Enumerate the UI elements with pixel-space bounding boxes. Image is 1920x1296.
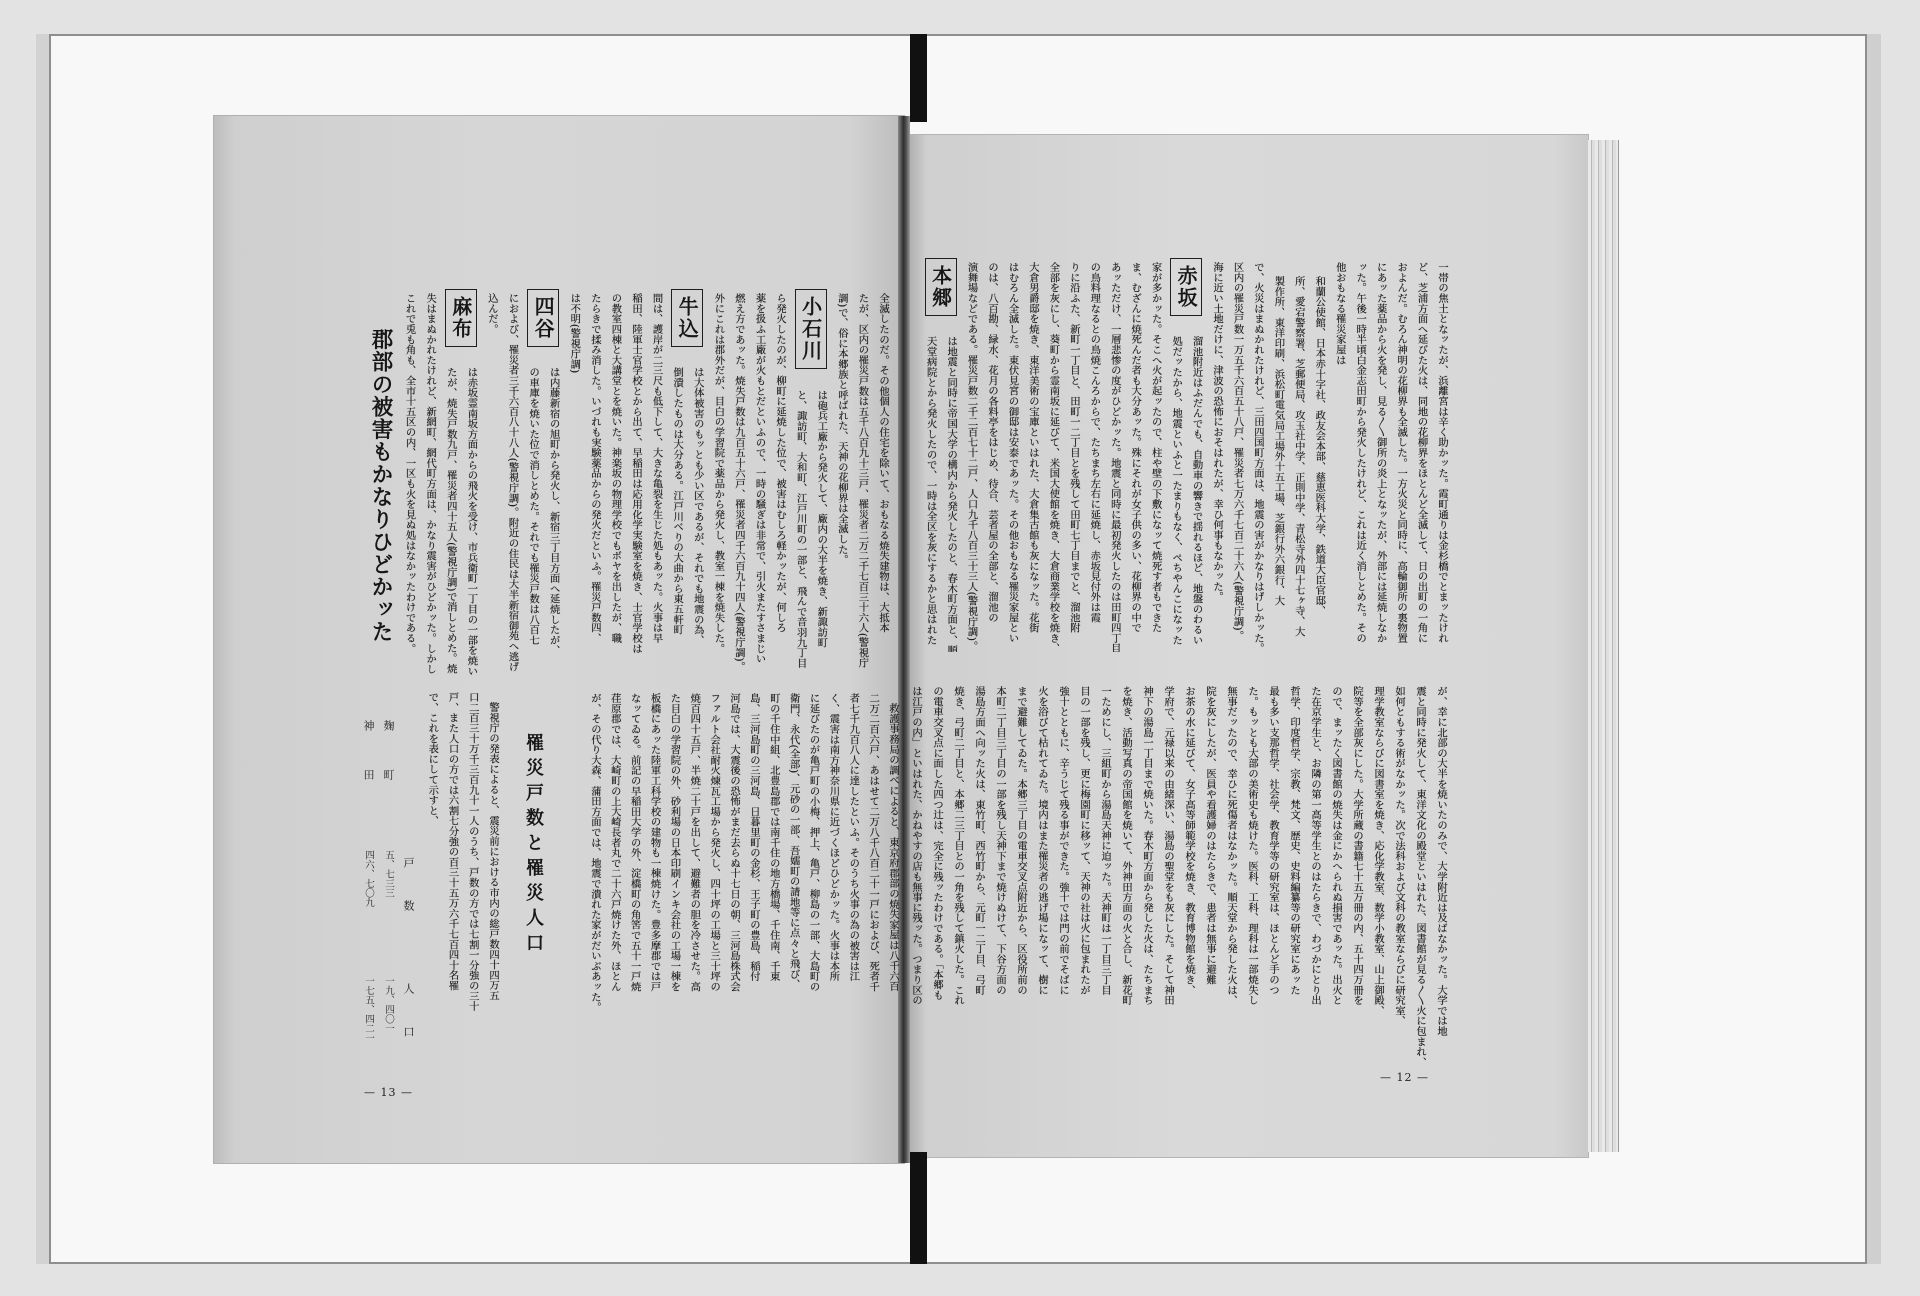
binding-tape [910,34,927,122]
text-column: ファルト会社耐火煉瓦工場から発火し、四十坪の工場と三十坪の [703,693,723,1075]
list-column: 所、愛宕警察署、芝郵便局、攻玉社中学、正則中学、青松寺外四十七ヶ寺、大 [1288,262,1308,652]
section-group: 四谷は内藤新宿の旭町から発火し、新宿三丁目方面へ延焼したが、の車庫を焼いた位で消… [523,293,564,680]
text-column: は大体被害のもッとも少い区であるが、それでも地震の為、 [687,367,708,680]
text-column: 目の一部を残し、更に梅園町に移ッて、天神の社は火に包まれたが [1073,686,1094,1061]
table-row: 麹町 五、七三三 一九、四〇一 [378,700,398,1070]
text-column: 全部を灰にし、葵町から霊南坂に延びて、米国大使館を焼き、大倉商業学校を焼き、 [1043,262,1063,652]
row-ward: 麹町 [378,720,398,818]
text-column: あッただけ、一層悲惨の度がひどかッた。地震と同時に最初発火したのは田町四丁目 [1104,262,1124,652]
section-lead-lines: は内藤新宿の旭町から発火し、新宿三丁目方面へ延焼したが、の車庫を焼いた位で消しと… [523,293,564,680]
text-column: 焼き、弓町二丁目と、本郷二三丁目との一角を残して鎮火した。これ [947,686,968,1061]
text-column: たらきで揉み消した。いづれも実験薬品からの発火だといふ。罹災戸数四、 [584,293,605,680]
section-lead-lines: は大体被害のもッとも少い区であるが、それでも地震の為、倒潰したものは大分ある。江… [667,293,708,680]
text-column: 救護事務局の調べによると、東京府郡部の焼失家屋は八千六百 [882,693,902,1075]
left-page-upper-text: 全滅したのだ。その他個人の住宅を除いて、おもなる焼失建物は、大抵本たが、区内の罹… [399,293,893,680]
text-column: 区内の罹災戸数一万五千六百五十八戸、罹災者七万六千七百二十六人(警視庁調)。 [1227,262,1247,652]
list-column: 製作所、東洋印刷、浜松町電気局工場外十五工場、芝銀行外六銀行、大 [1268,262,1288,652]
page-stack-edges [1588,140,1618,1152]
table-header-column: 戸数 人口 [398,700,418,1070]
list-column: 和蘭公使館、日本赤十字社、政友会本部、慈恵医科大学、鉄道大臣官邸、 [1309,262,1329,652]
text-column: 本町二丁目三丁目の一部を残し天神下まで焼けぬけて、下谷方面の [989,686,1010,1061]
text-column: 一ためにし、三組町から湯島天神に迫ッた。天神町は一丁目三丁目 [1094,686,1115,1061]
section-lead-lines: は赤坂霊南坂方面からの飛火を受け、市兵衛町一丁目の一部を焼いたが、焼失戸数九戸、… [440,293,481,680]
section-lead-lines: は地震と同時に帝国大学の構内から発火したのと、春木町方面と、順天堂病院とから発火… [920,262,961,652]
section-heading-box: 四谷 [527,289,559,347]
text-column: たが、焼失戸数九戸、罹災者四十五人(警視庁調)で消しとめた。焼 [440,367,461,680]
text-column: 警視庁の発表によると、震災前における市内の総戸数四十四万五 [483,692,503,1072]
text-column: 他おもなる罹災家屋は [1329,262,1349,652]
text-column: 如何ともする術がなかッた。次で法科および文科の教室ならびに研究室、 [1388,686,1409,1061]
text-column: 間は、護岸が二三尺も低下して、大きな亀裂を生じた処もあッた。火事は早 [646,293,667,680]
text-column: 海に近い土地だけに、津波の恐怖におそはれたが、幸ひ何事もなかッた。 [1207,262,1227,652]
text-column: た目白の学習院の外、砂利場の日本印刷インキ会社の工場一棟を [664,693,684,1075]
text-column: 口二百三十万千三百九十一人のうち、戸数の方では七割一分強の三十 [463,692,483,1072]
text-column: のは、八百勘、緑水、花月の各料亭をはじめ、待合、芸者屋の全部と、溜池の [982,262,1002,652]
text-column: 荏原郡では、大崎町の上大崎長者丸で二十六戸焼けた外、ほとん [604,693,624,1075]
text-column: これで兎も角も、全市十五区の内、一区も火を見ぬ処はなかッたわけである。 [399,293,420,680]
row-ward: 神田 [358,720,378,818]
text-column: 最も多い支那哲学、社会学、教育学等の研究室は、ほとんど手のつ [1262,686,1283,1061]
text-column: く、震害は南方神奈川県に近づくほどひどかッた。火事は本所 [823,693,843,1075]
text-column: 戸、また人口の方では六割七分強の百三十五万六千七百四十名罹 [442,692,462,1072]
page-number: — 13 — [364,1086,413,1099]
text-column: たが、区内の罹災戸数は五千八百九十三戸、罹災者二万二千七百三十六人(警視庁 [852,293,873,680]
text-column: た在京学生と、お隣の第一高等学生とのはたらきで、わづかにとり出 [1304,686,1325,1061]
text-column: 稲田、陸軍士官学校とから出て、早稲田は応用化学実験室を焼き、士官学校は [625,293,646,680]
text-column: お茶の水に延びて、女子高等師範学校を焼き、教育博物館を焼き、 [1178,686,1199,1061]
row-households: 四六、七〇九 [358,850,378,907]
text-column: 学府で、元禄以来の由緒深い、湯島の聖堂をも灰にした。そして神田 [1157,686,1178,1061]
text-column: 全滅したのだ。その他個人の住宅を除いて、おもなる焼失建物は、大抵本 [872,293,893,680]
right-page-lower-text: が、幸に北部の大半を焼いたのみで、大学附近は及ばなかッた。大学では地震と同時に発… [905,686,1451,1061]
text-column: 島、三河島町の三河島、日暮里町の金杉、王子町の豊島、稲付 [743,693,763,1075]
header-households: 戸数 [398,857,418,943]
text-column: 衛門、永代(全部)、元砂の一部、吾嬬町の請地等に点々と飛び、 [783,693,803,1075]
text-column: 湯島方面へ向ッた火は、東竹町、西竹町から、元町一二丁目、弓町 [968,686,989,1061]
section-group: 本郷は地震と同時に帝国大学の構内から発火したのと、春木町方面と、順天堂病院とから… [920,262,961,652]
text-column: 無事だッたので、幸ひに死傷者はなかッた。順天堂から発した火は、 [1220,686,1241,1061]
table-row: 神田 四六、七〇九 一七五、四二一 [358,700,378,1070]
text-column: なッてゐる。前記の早稲田大学の外、淀橋町の角筈で五十一戸焼 [624,693,644,1075]
text-column: 一帯の焦土となッたが、浜離宮は辛く助かッた。霞町通りは金杉橋でとまッたけれ [1432,262,1452,652]
row-households: 五、七三三 [378,850,398,898]
text-column: ッた。午後一時半頃白金志田町から発火したけれど、これは近く消しとめた。その [1350,262,1370,652]
row-population: 一九、四〇一 [378,976,398,1033]
casualty-table: 戸数 人口 麹町 五、七三三 一九、四〇一 神田 四六、七〇九 一七五、四二一 [358,700,418,1070]
section-group: 小石川は砲兵工廠から発火して、廠内の大半を焼き、新諏訪町と、諏訪町、大和町、江戸… [790,293,831,680]
section-heading-box: 小石川 [795,289,827,369]
text-column: 込んだ。 [481,293,502,680]
text-column: 河島では、大震後の恐怖がまだ去らぬ十七日の朝、三河島株式会 [723,693,743,1075]
text-column: 理学教室ならびに図書室を焼き、応化学教室、数学小教室、山上御殿、 [1367,686,1388,1061]
text-column: は内藤新宿の旭町から発火し、新宿三丁目方面へ延焼したが、 [543,367,564,680]
text-column: は江戸の内」といはれた、かねやすの店も無事に残ッた。つまり区の [905,686,926,1061]
section-group: 赤坂溜池附近はふだんでも、自動車の響きで揺れるほど、地盤のわるい処だッたから、地… [1166,262,1207,652]
text-column: 家が多かッた。そこへ火が起ッたので、柱や壁の下敷になッて焼死す者もできた [1145,262,1165,652]
text-column: 院等を全部灰にした。大学所蔵の書籍七十五万冊の内、五十四万冊を [1346,686,1367,1061]
text-column: と、諏訪町、大和町、江戸川町の一部と、飛んで音羽九丁目 [790,390,811,680]
section-group: 牛込は大体被害のもッとも少い区であるが、それでも地震の為、倒潰したものは大分ある… [667,293,708,680]
text-column: はむろん全滅した。東伏見宮の御邸は安泰であッた。その他おもなる罹災家屋とい [1002,262,1022,652]
text-column: 者七千九百八人に達したといふ。そのうち火事の為の被害は江 [842,693,862,1075]
section-heading-box: 本郷 [925,258,957,316]
page-number: — 12 — [1380,1071,1429,1084]
text-column: りに沿ふた、新町一丁目と、田町一二丁目とを残して田町七丁目までと、溜池附 [1063,262,1083,652]
section-heading-box: 牛込 [671,289,703,347]
text-column: 大倉男爵邸を焼き、東洋美術の宝庫といはれた、大倉集古館も灰になッた。花街 [1022,262,1042,652]
text-column: にあッた薬品から火を発し、見る〳〵御所の炎上となッたが、外部には延焼しなか [1370,262,1390,652]
scan-border-shade [1865,34,1881,1264]
text-column: ま、むざんに焼死んだ者も大分あッた。殊にそれが女子供の多い、花柳界の中で [1125,262,1145,652]
text-column: 倒潰したものは大分ある。江戸川べりの大曲から東五軒町 [667,367,688,680]
text-column: におよび、罹災者三千六百八十八人(警視庁調)。附近の住民は大半新宿御苑へ逃げ [502,293,523,680]
text-column: 火を浴びて枯れてゐた。境内はまた罹災者の逃げ場になッて、樹に [1031,686,1052,1061]
right-page-upper-text: 一帯の焦土となッたが、浜離宮は辛く助かッた。霞町通りは金杉橋でとまッたけれど、芝… [920,262,1452,652]
section-title: 郡部の被害もかなりひどかッた [366,328,394,643]
text-column: の電車交叉点に面した四つ辻は、完全に残ッたわけである。「本郷も [926,686,947,1061]
text-column: 天堂病院とから発火したので、一時は全区を灰にするかと思はれた [920,336,940,652]
text-column: 哲学、印度哲学、宗教、梵文、歴史、史料編纂等の研究室にあッた [1283,686,1304,1061]
text-column: 町の千住中組、北豊島郡では南千住の地方橋場、千住南、千東 [763,693,783,1075]
binding-tape [910,1152,927,1264]
text-column: 演舞場などである。罹災戸数二千二百七十二戸、人口九千八百三十三人(警視庁調)。 [961,262,981,652]
text-column: が、その代り大森、蒲田方面では、地震で潰れた家がだいぶあッた。 [584,693,604,1075]
scan-border-shade [36,34,49,1264]
section-heading-box: 麻布 [445,289,477,347]
text-column: 溜池附近はふだんでも、自動車の響きで揺れるほど、地盤のわるい [1186,336,1206,652]
text-column: 燃え方であッた。焼失戸数は九百五十六戸、罹災者四千六百九十四人(警視庁調)。 [728,293,749,680]
text-column: は砲兵工廠から発火して、廠内の大半を焼き、新諏訪町 [811,390,832,680]
header-population: 人口 [398,983,418,1069]
text-column: 処だッたから、地震といふと一たまりもなく、ぺちやんこになッた [1166,336,1186,652]
text-column: に延びたのが亀戸町の小梅、押上、亀戸、柳島の一部、大島町の [803,693,823,1075]
text-column: 板橋にあッた陸軍工科学校の建物も一棟焼けた。豊多摩郡では戸 [644,693,664,1075]
text-column: の鳥料理なるとの鳥焼こんろからで、たちまち左右に延焼し、赤坂見付外は霞 [1084,262,1104,652]
text-column: 神下の湯島一丁目まで焼いた。春木町方面から発した火は、たちまち [1136,686,1157,1061]
text-column: 院を灰にしたが、医員や看護婦のはたらきで、患者は無事に避難 [1199,686,1220,1061]
text-column: 外にこれは郡外だが、目白の学習院で薬品から発火し、教室一棟を焼失した。 [708,293,729,680]
text-column: た。もッとも大部の美術史も焼けた。医科、工科、理科は一部焼失し [1241,686,1262,1061]
text-column: が、幸に北部の大半を焼いたのみで、大学附近は及ばなかッた。大学では地 [1430,686,1451,1061]
text-column: およんだ。むろん神明の花柳界も全滅した。一方火災と同時に、高輪御所の裏物置 [1391,262,1411,652]
text-column: を焼き、活動写真の帝国館を焼いて、外神田方面の火と合し、新花町 [1115,686,1136,1061]
text-column: は赤坂霊南坂方面からの飛火を受け、市兵衛町一丁目の一部を焼い [461,367,482,680]
text-column: 二万二百六戸、あはせて二万八千八百二十一戸におよび、死者千 [862,693,882,1075]
text-column: 震と同時に発火して、東洋文化の殿堂といはれた、図書館が見る〳〵火に包まれ、 [1409,686,1430,1061]
text-column: で、これを表にして示すと、 [422,692,442,1072]
section-heading-box: 赤坂 [1170,258,1202,316]
text-column: の教室四棟と大講堂とを焼いた。神楽坂の物理学校でもボヤを出したが、職 [605,293,626,680]
text-column: は地震と同時に帝国大学の構内から発火したのと、春木町方面と、順 [941,336,961,652]
table-section-heading: 罹災戸数と罹災人口 [519,733,547,958]
text-column: 薬を扱ふ工廠が火もとだといふので、一時の騒ぎは非常で、引火またすさまじい [749,293,770,680]
text-column: 焼百四十五戸、半焼二十戸を出して、避難者の胆を冷させた。高 [683,693,703,1075]
row-population: 一七五、四二一 [358,976,378,1043]
text-column: 強十とともに、辛うじて残る事ができた。強十では門の前でそばに [1052,686,1073,1061]
table-section-body: 警視庁の発表によると、震災前における市内の総戸数四十四万五口二百三十万千三百九十… [422,692,503,1072]
section-group: 麻布は赤坂霊南坂方面からの飛火を受け、市兵衛町一丁目の一部を焼いたが、焼失戸数九… [440,293,481,680]
text-column: ら発火したのが、柳町に延焼した位で、被害はむしろ軽かッたが、何しろ [770,293,791,680]
text-column: は不明(警視庁調) [564,293,585,680]
text-column: で、火災はまぬかれたけれど、三田四国町方面は、地震の害がかなりはげしかッた。 [1247,262,1267,652]
text-column: 調)で、俗に本郷族と呼ばれた、天神の花柳界は全滅した。 [831,293,852,680]
text-column: まで避難してゐた。本郷三丁目の電車交叉点附近から、区役所前の [1010,686,1031,1061]
text-column: ので、まッたく図書館の焼失は金にかへられぬ損害であッた。出火と [1325,686,1346,1061]
section-lead-lines: 溜池附近はふだんでも、自動車の響きで揺れるほど、地盤のわるい処だッたから、地震と… [1166,262,1207,652]
text-column: の車庫を焼いた位で消しとめた。それでも罹災戸数は八百七 [523,367,544,680]
text-column: 失はまぬかれたけれど、新網町、網代町方面は、かなり震害がひどかッた。しかし [420,293,441,680]
left-page-lower-text: 救護事務局の調べによると、東京府郡部の焼失家屋は八千六百二万二百六戸、あはせて二… [584,693,902,1075]
text-column: ど、芝浦方面へ延びた火は、同地の花柳界をほとんど全滅して、日の出町の一角に [1411,262,1431,652]
